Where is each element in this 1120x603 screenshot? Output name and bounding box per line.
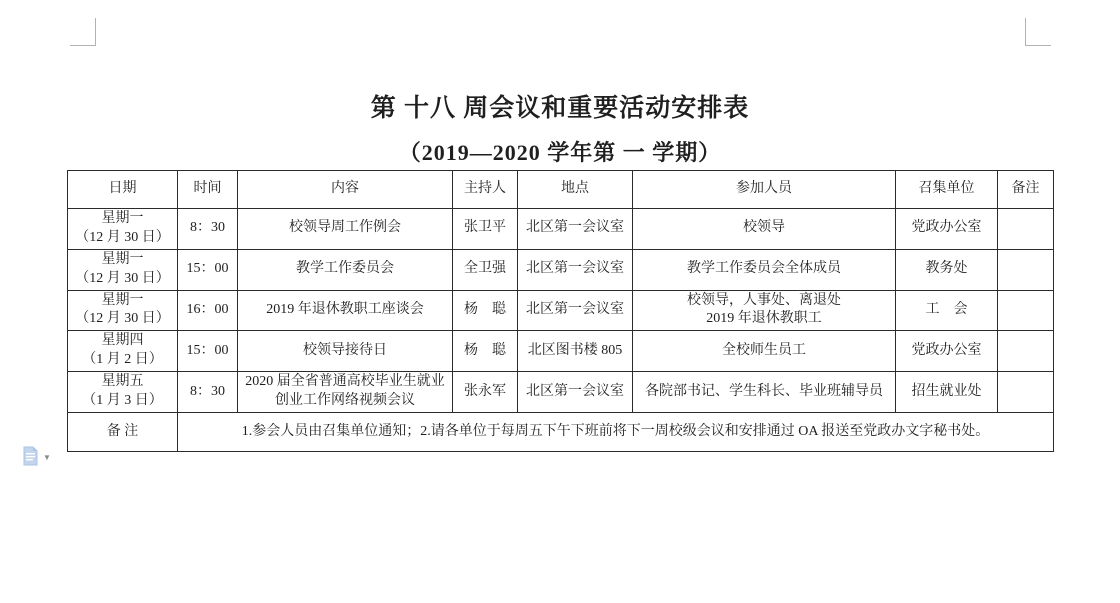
cell-host: 张永军 [453, 372, 518, 413]
cell-remark [998, 331, 1054, 372]
table-header-row: 日期 时间 内容 主持人 地点 参加人员 召集单位 备注 [68, 171, 1054, 209]
cell-location: 北区第一会议室 [518, 372, 633, 413]
document-title: 第 十八 周会议和重要活动安排表 [0, 88, 1120, 124]
header-host: 主持人 [453, 171, 518, 209]
cell-content: 2020 届全省普通高校毕业生就业 创业工作网络视频会议 [238, 372, 453, 413]
cell-organizer: 工 会 [896, 290, 998, 331]
chevron-down-icon[interactable]: ▼ [43, 454, 51, 462]
table-footer-row: 备 注 1.参会人员由召集单位通知；2.请各单位于每周五下午下班前将下一周校级会… [68, 413, 1054, 452]
paste-options-document-icon[interactable] [22, 446, 39, 471]
cell-date: 星期一 （12 月 30 日） [68, 290, 178, 331]
page-margin-mark-top-right [1025, 18, 1051, 46]
cell-time: 15：00 [178, 249, 238, 290]
table-row: 星期五 （1 月 3 日） 8：30 2020 届全省普通高校毕业生就业 创业工… [68, 372, 1054, 413]
cell-content: 校领导周工作例会 [238, 209, 453, 250]
cell-remark [998, 290, 1054, 331]
cell-remark [998, 249, 1054, 290]
meeting-schedule-table: 日期 时间 内容 主持人 地点 参加人员 召集单位 备注 星期一 （12 月 3… [67, 170, 1054, 452]
cell-organizer: 招生就业处 [896, 372, 998, 413]
cell-participants: 校领导 [633, 209, 896, 250]
footer-label: 备 注 [68, 413, 178, 452]
header-remark: 备注 [998, 171, 1054, 209]
header-content: 内容 [238, 171, 453, 209]
cell-time: 15：00 [178, 331, 238, 372]
cell-time: 16：00 [178, 290, 238, 331]
paste-options-button[interactable]: ▼ [22, 446, 60, 470]
cell-date: 星期四 （1 月 2 日） [68, 331, 178, 372]
cell-participants: 全校师生员工 [633, 331, 896, 372]
cell-location: 北区第一会议室 [518, 209, 633, 250]
cell-date: 星期一 （12 月 30 日） [68, 209, 178, 250]
header-organizer: 召集单位 [896, 171, 998, 209]
cell-date: 星期一 （12 月 30 日） [68, 249, 178, 290]
cell-content: 校领导接待日 [238, 331, 453, 372]
page-margin-mark-top-left [70, 18, 96, 46]
header-location: 地点 [518, 171, 633, 209]
table-row: 星期一 （12 月 30 日） 16：00 2019 年退休教职工座谈会 杨 聪… [68, 290, 1054, 331]
cell-organizer: 党政办公室 [896, 209, 998, 250]
cell-organizer: 教务处 [896, 249, 998, 290]
cell-location: 北区图书楼 805 [518, 331, 633, 372]
cell-time: 8：30 [178, 372, 238, 413]
header-date: 日期 [68, 171, 178, 209]
cell-time: 8：30 [178, 209, 238, 250]
cell-host: 张卫平 [453, 209, 518, 250]
cell-host: 杨 聪 [453, 331, 518, 372]
cell-participants: 各院部书记、学生科长、毕业班辅导员 [633, 372, 896, 413]
cell-content: 教学工作委员会 [238, 249, 453, 290]
header-participants: 参加人员 [633, 171, 896, 209]
table-row: 星期一 （12 月 30 日） 15：00 教学工作委员会 全卫强 北区第一会议… [68, 249, 1054, 290]
cell-remark [998, 372, 1054, 413]
cell-participants: 教学工作委员会全体成员 [633, 249, 896, 290]
document-subtitle: （2019—2020 学年第 一 学期） [0, 136, 1120, 167]
header-time: 时间 [178, 171, 238, 209]
cell-participants: 校领导，人事处、离退处 2019 年退休教职工 [633, 290, 896, 331]
cell-content: 2019 年退休教职工座谈会 [238, 290, 453, 331]
cell-location: 北区第一会议室 [518, 249, 633, 290]
cell-location: 北区第一会议室 [518, 290, 633, 331]
cell-host: 全卫强 [453, 249, 518, 290]
cell-date: 星期五 （1 月 3 日） [68, 372, 178, 413]
table-row: 星期四 （1 月 2 日） 15：00 校领导接待日 杨 聪 北区图书楼 805… [68, 331, 1054, 372]
footer-remarks: 1.参会人员由召集单位通知；2.请各单位于每周五下午下班前将下一周校级会议和安排… [178, 413, 1054, 452]
table-row: 星期一 （12 月 30 日） 8：30 校领导周工作例会 张卫平 北区第一会议… [68, 209, 1054, 250]
cell-remark [998, 209, 1054, 250]
cell-host: 杨 聪 [453, 290, 518, 331]
cell-organizer: 党政办公室 [896, 331, 998, 372]
